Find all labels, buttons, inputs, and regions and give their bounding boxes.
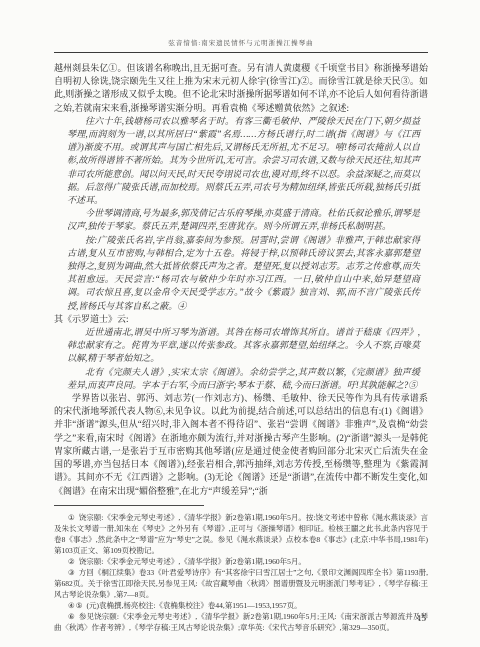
footnote-text: 饶宗颐:《宋季金元琴史考述》,《清华学报》新2卷第1期,1960年5月。按:饶文… [54,513,428,555]
main-text-block: 越州剡县朱亿①。但该谱名称晚出,且无据可查。另有清人黄虞稷《千顷堂书目》称浙操琴… [54,62,428,498]
quote-paragraph: 今世琴调清商,号为最多,郭茂倩记古乐府琴操,亦莫盛于清商。杜佑氏叙论雅乐,谓琴是… [67,207,420,233]
quote-paragraph: 往六十年,钱塘杨司农以雅琴名于时。有客三衢毛敏仲、严陵徐天民在门下,朝夕损益琴理… [67,115,420,207]
footnote-text: 饶宗颐:《宋季金元琴史考述》,《清华学报》新2卷第1期,1960年5月。 [79,557,306,566]
footnote: ①饶宗颐:《宋季金元琴史考述》,《清华学报》新2卷第1期,1960年5月。按:饶… [54,512,428,556]
quote-paragraph: 近世通南北,谓吴中所习琴为浙谱。其咎在杨司农增饰其所自。谱首于嵇康《四弄》,韩忠… [67,326,420,366]
page-number: 15 [418,613,427,623]
quote-lead-in: 其《示罗道士》云: [54,313,428,326]
paragraph-continued: 越州剡县朱亿①。但该谱名称晚出,且无据可查。另有清人黄虞稷《千顷堂书目》称浙操琴… [54,62,428,115]
footnotes-block: ①饶宗颐:《宋季金元琴史考述》,《清华学报》新2卷第1期,1960年5月。按:饶… [54,512,428,633]
footnote: ④⑤(元)袁桷撰,杨亮校注:《袁桷集校注》卷44,第1951—1953,1957… [54,600,428,611]
footnote-marker: ⑥ [68,612,76,621]
footnote: ②饶宗颐:《宋季金元琴史考述》,《清华学报》新2卷第1期,1960年5月。 [54,556,428,567]
footnote-marker: ③ [68,568,76,577]
footnote: ⑥参见饶宗颐:《宋季金元琴史考述》,《清华学报》新2卷第1期,1960年5月;王… [54,611,428,633]
scanned-page: 弦音愔愔:南宋遗民情怀与元明浙操江操琴曲 越州剡县朱亿①。但该谱名称晚出,且无据… [0,0,480,647]
header-rule [54,52,428,53]
footnote-separator [54,505,204,506]
footnote-text: 参见饶宗颐:《宋季金元琴史考述》,《清华学报》新2卷第1期,1960年5月;王风… [54,612,428,632]
footnote-marker: ② [68,557,76,566]
blockquote-qinshu: 往六十年,钱塘杨司农以雅琴名于时。有客三衢毛敏仲、严陵徐天民在门下,朝夕损益琴理… [67,115,420,313]
paragraph-analysis: 学界皆以张岩、郭沔、刘志芳(一作刘志方)、杨缵、毛敏仲、徐天民等作为具有传承谱系… [54,392,428,498]
footnote-marker: ④⑤ [68,601,83,610]
footnote-text: (元)袁桷撰,杨亮校注:《袁桷集校注》卷44,第1951—1953,1957页。 [86,601,301,610]
footnote-text: 方回《桐江续集》卷33《叶君爱琴诗序》有“其客徐宇曰雪江居士”之句,《景印文渊阁… [54,568,428,599]
footnote-marker: ① [68,513,76,522]
quote-paragraph: 按:广陵张氏名岩,字肖翁,嘉泰间为参预。居霅时,尝谓《阁谱》非雅声,于韩忠献家得… [67,234,420,313]
quote-paragraph: 北有《完颜夫人谱》,实宋太宗《阁谱》。余幼尝学之,其声数以繁,《完颜谱》独声缓差… [67,366,420,392]
running-header-title: 弦音愔愔:南宋遗民情怀与元明浙操江操琴曲 [54,38,428,47]
blockquote-shiluodaoshi: 近世通南北,谓吴中所习琴为浙谱。其咎在杨司农增饰其所自。谱首于嵇康《四弄》,韩忠… [67,326,420,392]
footnote: ③方回《桐江续集》卷33《叶君爱琴诗序》有“其客徐宇曰雪江居士”之句,《景印文渊… [54,567,428,600]
